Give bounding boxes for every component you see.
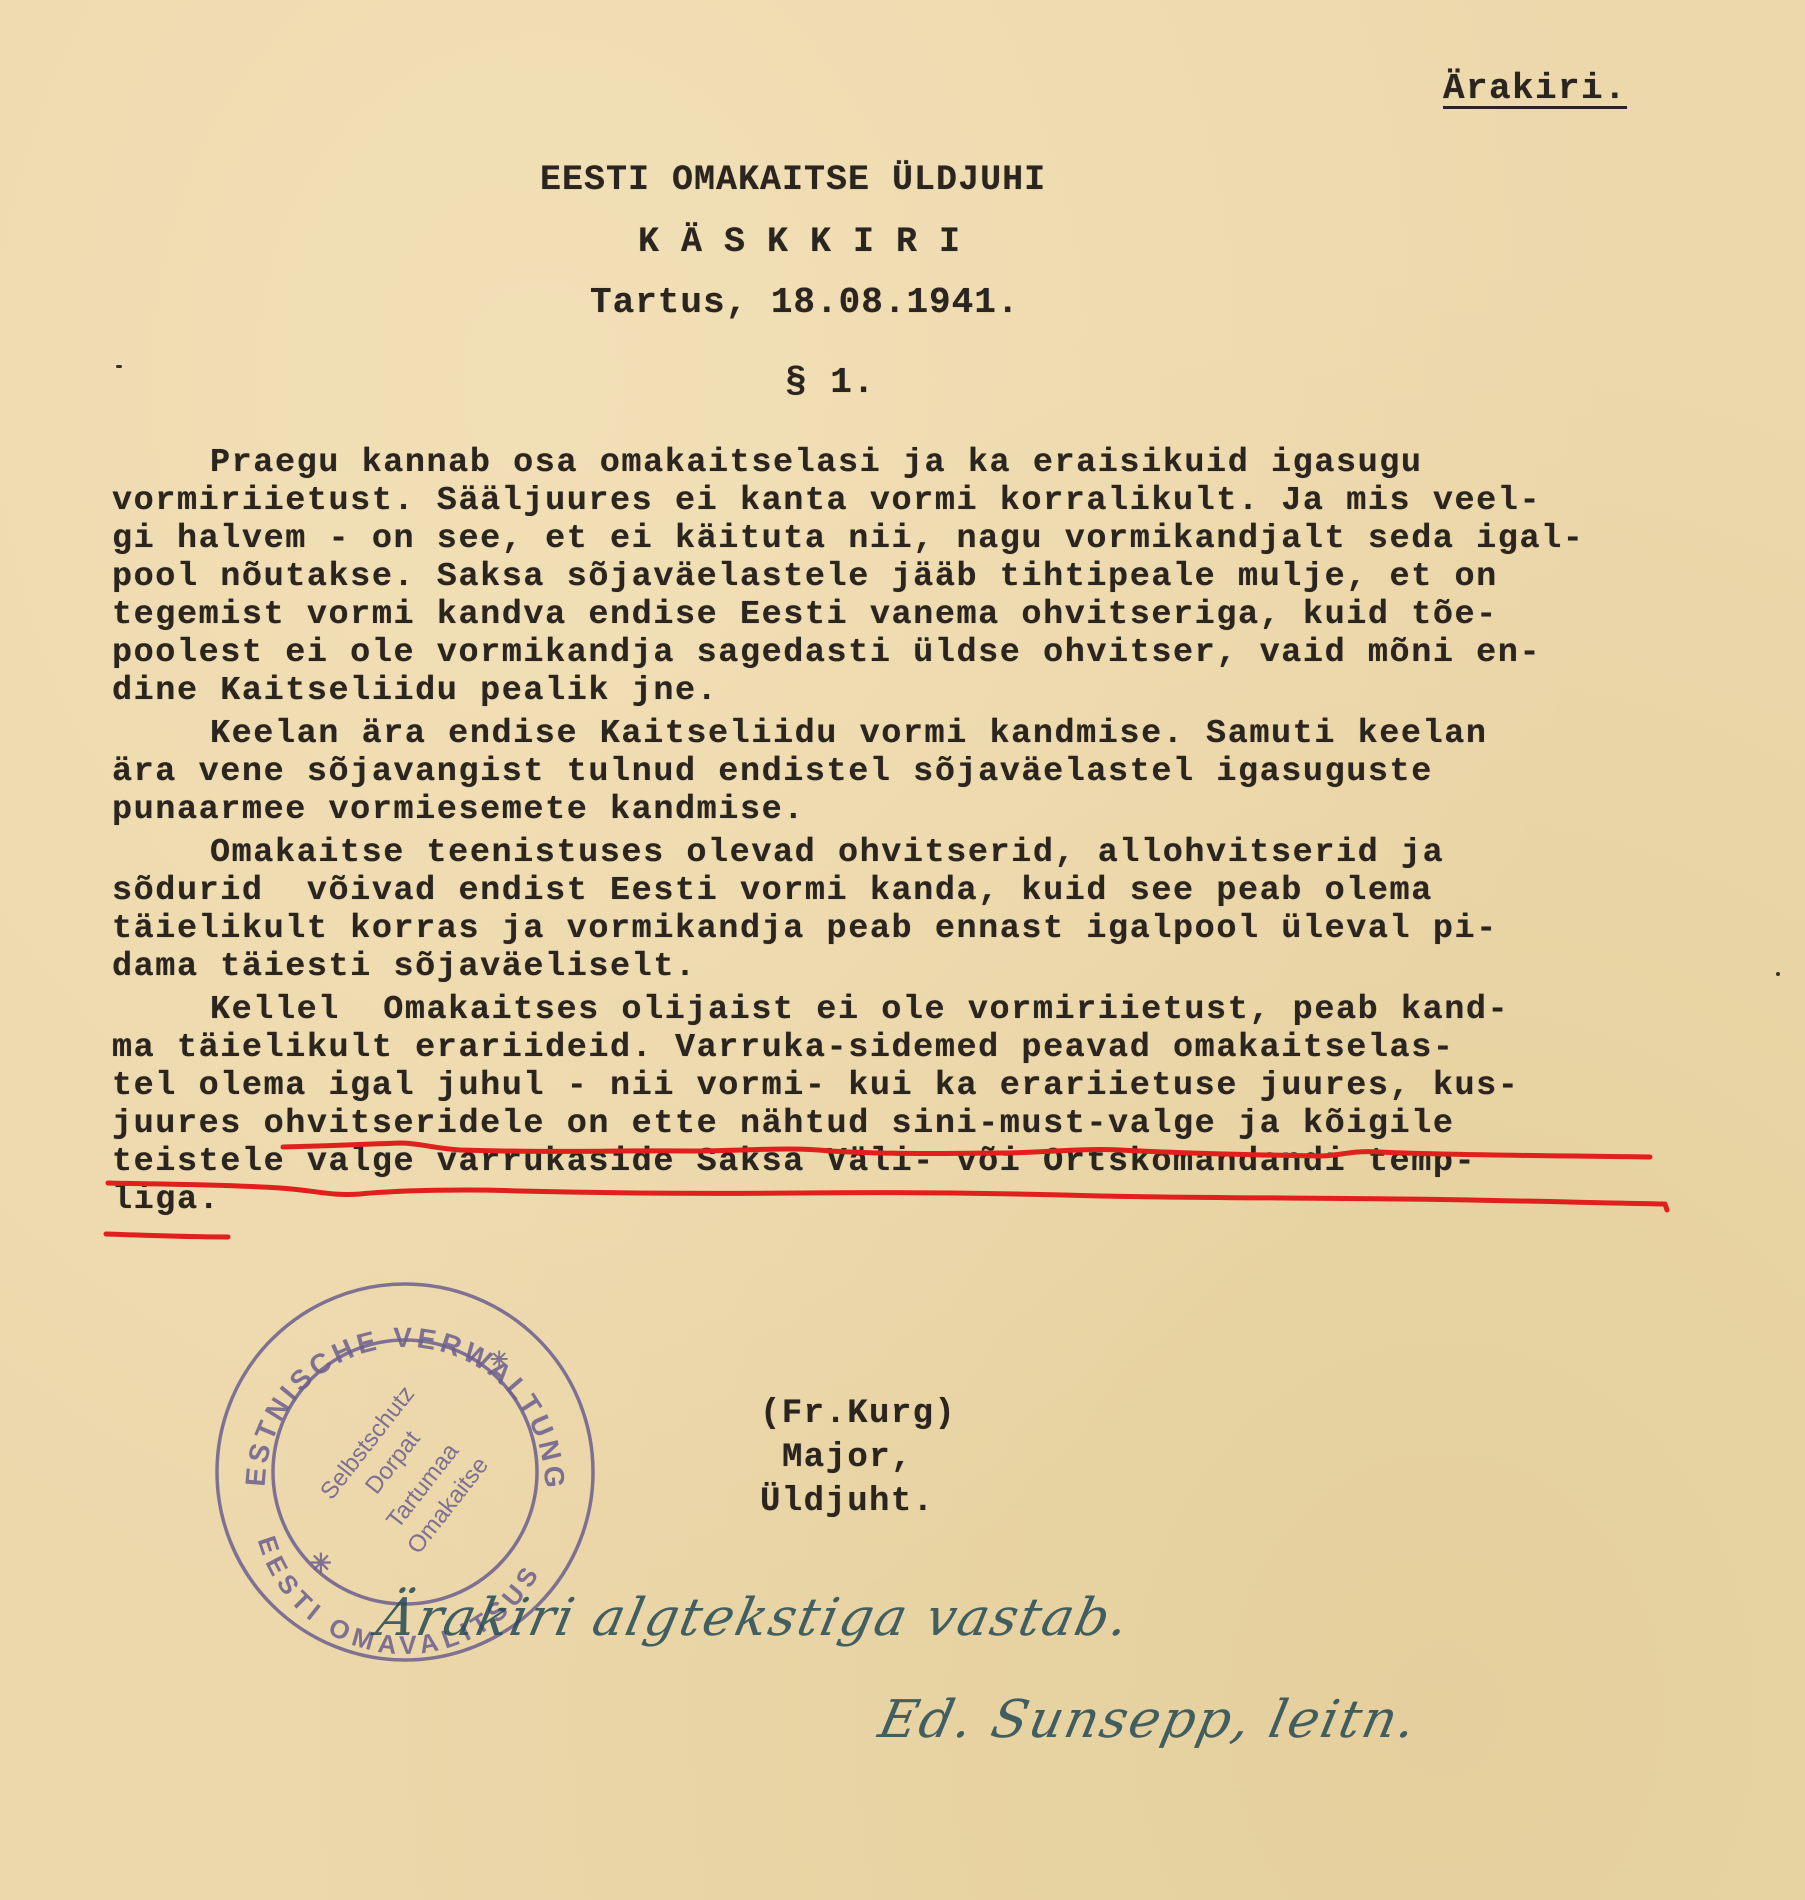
organization-heading: EESTI OMAKAITSE ÜLDJUHI — [540, 160, 1046, 200]
signatory-name: (Fr.Kurg) — [760, 1392, 956, 1436]
body-line: sõdurid võivad endist Eesti vormi kanda,… — [112, 872, 1433, 910]
section-number: § 1. — [785, 362, 875, 403]
signatory-rank: Major, — [782, 1436, 956, 1480]
signatory-block: (Fr.Kurg) Major, Üldjuht. — [760, 1392, 956, 1524]
body-line: dine Kaitseliidu pealik jne. — [112, 672, 718, 710]
body-line: tegemist vormi kandva endise Eesti vanem… — [112, 596, 1498, 634]
body-line: ära vene sõjavangist tulnud endistel sõj… — [112, 753, 1433, 791]
body-line: poolest ei ole vormikandja sagedasti üld… — [112, 634, 1541, 672]
body-line: pool nõutakse. Saksa sõjaväelastele jääb… — [112, 558, 1498, 596]
body-line: tel olema igal juhul - nii vormi- kui ka… — [112, 1067, 1519, 1105]
handwritten-signature: Ed. Sunsepp, leitn. — [874, 1690, 1424, 1750]
signatory-title: Üldjuht. — [760, 1480, 956, 1524]
svg-text:✳: ✳ — [490, 1347, 508, 1372]
margin-speck — [1776, 972, 1780, 976]
body-line: ma täielikult erariideid. Varruka-sideme… — [112, 1029, 1455, 1067]
body-line: Keelan ära endise Kaitseliidu vormi kand… — [210, 715, 1488, 753]
body-line: juures ohvitseridele on ette nähtud sini… — [112, 1105, 1455, 1143]
body-line: gi halvem - on see, et ei käituta nii, n… — [112, 520, 1584, 558]
margin-speck — [116, 365, 122, 368]
body-line: vormiriietust. Sääljuures ei kanta vormi… — [112, 482, 1541, 520]
document-type-heading: KÄSKKIRI — [638, 222, 982, 262]
body-line: Kellel Omakaitses olijaist ei ole vormir… — [210, 991, 1509, 1029]
handwritten-certification: Ärakiri algtekstiga vastab. — [372, 1588, 1136, 1648]
body-line: Omakaitse teenistuses olevad ohvitserid,… — [210, 834, 1444, 872]
body-line: teistele valge varrukaside Saksa Väli- v… — [112, 1143, 1476, 1181]
place-date: Tartus, 18.08.1941. — [590, 282, 1019, 323]
body-line: liga. — [112, 1181, 220, 1219]
body-line: punaarmee vormiesemete kandmise. — [112, 791, 805, 829]
body-line: Praegu kannab osa omakaitselasi ja ka er… — [210, 444, 1423, 482]
body-line: dama täiesti sõjaväeliselt. — [112, 948, 697, 986]
copy-label: Ärakiri. — [1443, 68, 1627, 109]
svg-text:✳: ✳ — [310, 1548, 332, 1578]
body-line: täielikult korras ja vormikandja peab en… — [112, 910, 1498, 948]
